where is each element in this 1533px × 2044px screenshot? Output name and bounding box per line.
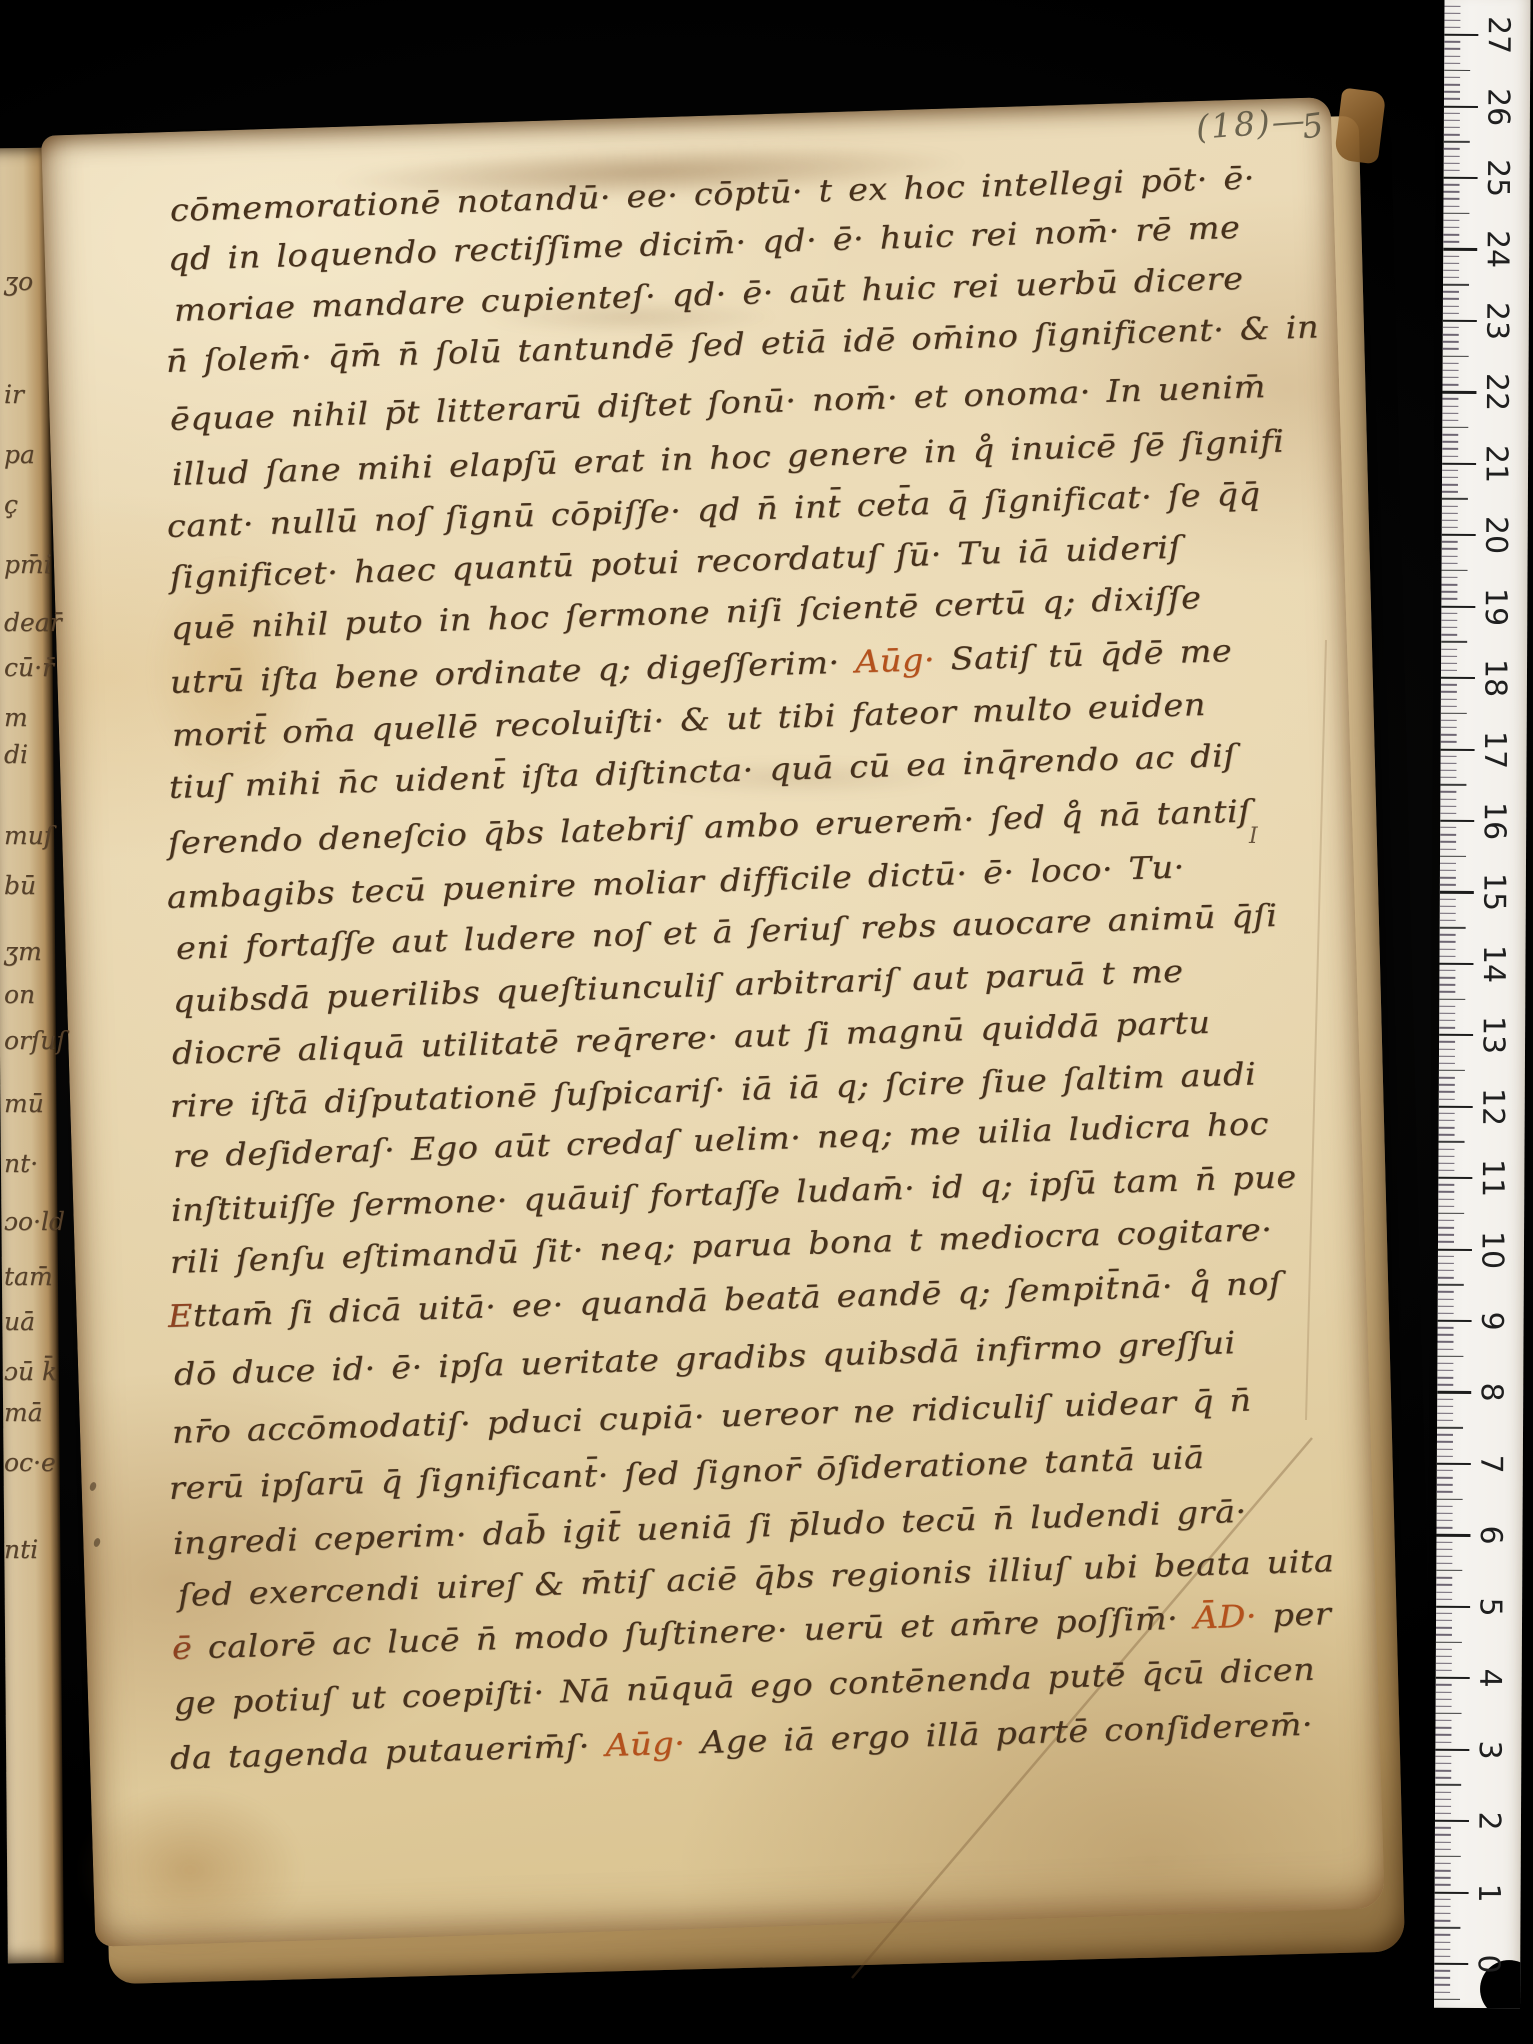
ruler-tick — [1439, 1120, 1455, 1121]
ruler-tick — [1439, 970, 1455, 971]
ruler-tick — [1436, 1591, 1452, 1592]
ruler-number: 14 — [1476, 945, 1511, 983]
ruler-tick — [1440, 834, 1456, 835]
ruler-tick — [1434, 1913, 1450, 1914]
ruler-tick — [1436, 1691, 1452, 1692]
ruler-number: 24 — [1480, 230, 1515, 268]
ruler-tick — [1441, 741, 1457, 742]
ruler-tick — [1441, 763, 1457, 764]
ruler-tick — [1437, 1341, 1453, 1342]
ruler-number: 25 — [1480, 159, 1515, 197]
ruler-tick — [1440, 820, 1474, 822]
ruler-tick — [1439, 984, 1455, 985]
ruler-number: 26 — [1480, 87, 1515, 125]
ruler-tick — [1443, 298, 1459, 299]
ruler-tick — [1441, 670, 1457, 671]
ruler-tick — [1441, 577, 1457, 578]
ruler-tick — [1441, 605, 1475, 607]
ruler-number: 10 — [1474, 1230, 1509, 1268]
ruler-tick — [1441, 655, 1457, 656]
facing-page-fragment: dear̄ — [4, 610, 62, 635]
ruler-tick — [1435, 1870, 1451, 1871]
ruler-tick — [1440, 777, 1456, 778]
ruler-tick — [1439, 1127, 1455, 1128]
facing-page-fragment: m — [4, 705, 28, 730]
ruler-tick — [1443, 363, 1459, 364]
ruler-tick — [1444, 113, 1460, 114]
ruler-tick — [1443, 334, 1459, 335]
ruler-tick — [1444, 134, 1460, 135]
ruler-tick — [1437, 1477, 1453, 1478]
ruler-tick — [1435, 1791, 1451, 1792]
ruler-tick — [1437, 1348, 1453, 1349]
ruler-tick — [1435, 1898, 1451, 1899]
ruler-tick — [1440, 891, 1474, 893]
ruler-tick — [1439, 977, 1455, 978]
ruler-number: 1 — [1471, 1883, 1506, 1902]
ruler-number: 8 — [1474, 1383, 1509, 1402]
ruler-tick — [1441, 627, 1457, 628]
ruler-number: 27 — [1481, 16, 1516, 54]
ruler-tick — [1443, 291, 1459, 292]
ruler-tick — [1436, 1663, 1452, 1664]
ruler-tick — [1443, 263, 1459, 264]
ruler-tick — [1440, 920, 1456, 921]
ruler-tick — [1439, 1077, 1455, 1078]
ruler-tick — [1441, 720, 1457, 721]
ruler-tick — [1437, 1456, 1453, 1457]
ruler-tick — [1435, 1734, 1451, 1735]
ruler-tick — [1437, 1434, 1453, 1435]
ruler-tick — [1442, 455, 1458, 456]
ruler-tick — [1437, 1498, 1463, 1500]
ruler-tick — [1435, 1806, 1451, 1807]
ruler-tick — [1439, 998, 1465, 1000]
ruler-tick — [1436, 1670, 1452, 1671]
ruler-tick — [1434, 1963, 1468, 1965]
ruler-tick — [1440, 805, 1456, 806]
facing-page-fragment: ɔo·ld — [4, 1209, 65, 1234]
ruler-tick — [1444, 105, 1478, 107]
ruler-tick — [1437, 1513, 1453, 1514]
ruler-tick — [1435, 1813, 1451, 1814]
ruler-tick — [1441, 584, 1457, 585]
ruler-tick — [1442, 448, 1458, 449]
ruler-tick — [1442, 405, 1458, 406]
ruler-tick — [1443, 241, 1459, 242]
ruler-tick — [1444, 70, 1470, 72]
ruler-tick — [1443, 227, 1459, 228]
ruler-number: 9 — [1474, 1311, 1509, 1330]
ruler-tick — [1435, 1727, 1451, 1728]
ruler-number: 0 — [1471, 1954, 1506, 1973]
ruler-tick — [1438, 1313, 1454, 1314]
ruler-tick — [1437, 1391, 1471, 1393]
ruler-tick — [1441, 713, 1467, 715]
ruler-tick — [1437, 1356, 1463, 1358]
ruler-tick — [1437, 1527, 1453, 1528]
ruler-number: 7 — [1473, 1454, 1508, 1473]
ruler-tick — [1435, 1756, 1451, 1757]
rubric-speaker-label: Aūg· — [855, 642, 936, 680]
facing-page-fragment: ir — [4, 382, 24, 407]
ruler-tick — [1443, 284, 1469, 286]
ruler-tick — [1435, 1884, 1451, 1885]
ruler-tick — [1440, 848, 1456, 849]
ruler-tick — [1443, 255, 1459, 256]
rubric-speaker-label: Aūg· — [605, 1726, 686, 1764]
ruler-tick — [1440, 948, 1456, 949]
ruler-tick — [1434, 1941, 1450, 1942]
ruler-tick — [1441, 648, 1457, 649]
ruler-tick — [1436, 1706, 1452, 1707]
ruler-tick — [1438, 1320, 1472, 1322]
ruler-tick — [1437, 1363, 1453, 1364]
ruler-number: 13 — [1475, 1016, 1510, 1054]
ruler-tick — [1443, 277, 1459, 278]
ruler-tick — [1443, 355, 1469, 357]
ruler-tick — [1442, 398, 1458, 399]
ruler-tick — [1440, 905, 1456, 906]
ruler-tick — [1437, 1427, 1463, 1429]
ruler-tick — [1437, 1463, 1471, 1465]
ruler-tick — [1434, 1991, 1450, 1992]
ruler-tick — [1440, 813, 1456, 814]
measurement-ruler: 0123456789101112131415161718192021222324… — [1434, 0, 1531, 2008]
ruler-tick — [1438, 1284, 1464, 1286]
ruler-tick — [1439, 1113, 1455, 1114]
ruler-tick — [1436, 1577, 1452, 1578]
ruler-tick — [1444, 163, 1460, 164]
ruler-tick — [1443, 320, 1477, 322]
ruler-tick — [1435, 1798, 1451, 1799]
ruler-tick — [1437, 1420, 1453, 1421]
ruler-tick — [1441, 727, 1457, 728]
ruler-tick — [1444, 141, 1470, 143]
ruler-tick — [1438, 1306, 1454, 1307]
ruler-tick — [1436, 1534, 1470, 1536]
ruler-tick — [1442, 570, 1468, 572]
ruler-tick — [1436, 1656, 1452, 1657]
ruler-tick — [1438, 1206, 1454, 1207]
ruler-tick — [1434, 1948, 1450, 1949]
ruler-tick — [1435, 1770, 1451, 1771]
facing-page-fragment: nti — [4, 1537, 38, 1562]
ruler-tick — [1441, 677, 1475, 679]
ruler-tick — [1440, 863, 1456, 864]
ruler-tick — [1439, 1041, 1455, 1042]
ruler-tick — [1435, 1741, 1451, 1742]
ruler-tick — [1442, 441, 1458, 442]
tinted-initial: ē — [171, 1630, 192, 1667]
ruler-tick — [1442, 420, 1458, 421]
ruler-tick — [1437, 1441, 1453, 1442]
ruler-tick — [1444, 191, 1460, 192]
ruler-tick — [1435, 1863, 1451, 1864]
ruler-tick — [1440, 913, 1456, 914]
manuscript-text: Satiſ tū q̄dē me — [935, 633, 1233, 678]
ruler-tick — [1442, 505, 1458, 506]
ruler-number: 19 — [1478, 588, 1513, 626]
facing-page-fragment: mū — [4, 1091, 44, 1116]
ruler-tick — [1443, 234, 1459, 235]
ruler-tick — [1441, 663, 1457, 664]
ruler-tick — [1444, 12, 1460, 13]
ruler-number: 6 — [1473, 1526, 1508, 1545]
ruler-tick — [1438, 1213, 1464, 1215]
ruler-tick — [1438, 1334, 1454, 1335]
ruler-tick — [1443, 270, 1459, 271]
ruler-tick — [1438, 1177, 1472, 1179]
ruler-tick — [1438, 1156, 1454, 1157]
ruler-tick — [1438, 1220, 1454, 1221]
ruler-tick — [1437, 1506, 1453, 1507]
ruler-tick — [1444, 41, 1460, 42]
ruler-tick — [1444, 77, 1460, 78]
ruler-tick — [1443, 205, 1459, 206]
ruler-tick — [1444, 55, 1460, 56]
ruler-tick — [1441, 734, 1457, 735]
ruler-tick — [1436, 1677, 1470, 1679]
ruler-tick — [1436, 1698, 1452, 1699]
facing-page-fragment: orſuſ — [4, 1028, 66, 1053]
ruler-tick — [1436, 1627, 1452, 1628]
ruler-number: 17 — [1477, 730, 1512, 768]
ruler-tick — [1438, 1298, 1454, 1299]
ruler-tick — [1437, 1384, 1453, 1385]
ruler-tick — [1439, 963, 1473, 965]
ruler-number: 20 — [1478, 516, 1513, 554]
ruler-tick — [1440, 898, 1456, 899]
ruler-tick — [1439, 1055, 1455, 1056]
ruler-tick — [1444, 177, 1478, 179]
ruler-tick — [1438, 1270, 1454, 1271]
ruler-tick — [1435, 1906, 1451, 1907]
ruler-tick — [1444, 91, 1460, 92]
ruler-tick — [1442, 513, 1458, 514]
ruler-tick — [1444, 170, 1460, 171]
ruler-tick — [1442, 470, 1458, 471]
ruler-tick — [1442, 427, 1468, 429]
facing-page-fragment: muſ — [4, 823, 53, 848]
ruler-tick — [1444, 27, 1460, 28]
ruler-tick — [1437, 1484, 1453, 1485]
ruler-number: 5 — [1473, 1597, 1508, 1616]
ruler-tick — [1444, 20, 1460, 21]
ruler-tick — [1444, 5, 1460, 6]
ruler-tick — [1434, 1956, 1450, 1957]
ruler-tick — [1442, 527, 1458, 528]
ruler-tick — [1435, 1763, 1451, 1764]
ruler-number: 4 — [1472, 1669, 1507, 1688]
ruler-tick — [1434, 1998, 1460, 2000]
ruler-tick — [1441, 598, 1457, 599]
ruler-tick — [1441, 613, 1457, 614]
facing-page-fragment: di — [4, 742, 28, 767]
ruler-tick — [1437, 1470, 1453, 1471]
ruler-tick — [1443, 213, 1469, 215]
ruler-tick — [1439, 1098, 1455, 1099]
ruler-tick — [1442, 384, 1458, 385]
ruler-number: 22 — [1479, 373, 1514, 411]
facing-page-fragment: pm̄i — [4, 552, 52, 577]
ruler-tick — [1439, 1134, 1455, 1135]
ruler-tick — [1441, 691, 1457, 692]
ruler-tick — [1444, 184, 1460, 185]
ruler-tick — [1441, 620, 1457, 621]
ruler-tick — [1438, 1191, 1454, 1192]
ruler-tick — [1435, 1877, 1451, 1878]
ruler-number: 12 — [1475, 1088, 1510, 1126]
ruler-tick — [1440, 927, 1466, 929]
ruler-tick — [1443, 327, 1459, 328]
ruler-tick — [1442, 413, 1458, 414]
manuscript-text: per — [1256, 1596, 1331, 1634]
ruler-tick — [1438, 1248, 1472, 1250]
ruler-tick — [1443, 348, 1459, 349]
ruler-number: 15 — [1476, 873, 1511, 911]
ruler-tick — [1443, 198, 1459, 199]
ruler-tick — [1439, 1005, 1455, 1006]
ruler-tick — [1440, 870, 1456, 871]
ruler-number: 23 — [1479, 302, 1514, 340]
ruler-tick — [1434, 1927, 1460, 1929]
ruler-number: 11 — [1475, 1159, 1510, 1197]
ruler-tick — [1439, 1027, 1455, 1028]
ruler-tick — [1437, 1370, 1453, 1371]
ruler-tick — [1443, 341, 1459, 342]
ruler-tick — [1435, 1848, 1451, 1849]
ruler-tick — [1439, 1063, 1455, 1064]
ruler-tick — [1442, 563, 1458, 564]
ruler-number: 3 — [1472, 1740, 1507, 1759]
ruler-tick — [1438, 1227, 1454, 1228]
ruler-tick — [1439, 1084, 1455, 1085]
facing-page-fragment: oc·e — [4, 1450, 56, 1475]
ruler-tick — [1442, 463, 1476, 465]
ruler-tick — [1438, 1234, 1454, 1235]
ruler-tick — [1440, 884, 1456, 885]
ruler-tick — [1435, 1891, 1469, 1893]
ruler-tick — [1435, 1777, 1451, 1778]
ruler-tick — [1438, 1256, 1454, 1257]
rubric-speaker-label: ĀD· — [1193, 1598, 1257, 1636]
ruler-tick — [1442, 534, 1476, 536]
ruler-tick — [1435, 1856, 1461, 1858]
ruler-tick — [1440, 877, 1456, 878]
foliation-note: (18)— — [1195, 100, 1308, 147]
ruler-tick — [1442, 477, 1458, 478]
ruler-tick — [1439, 1034, 1473, 1036]
ruler-tick — [1438, 1170, 1454, 1171]
ruler-tick — [1435, 1834, 1451, 1835]
ruler-tick — [1444, 127, 1460, 128]
ruler-tick — [1438, 1241, 1454, 1242]
ruler-tick — [1440, 934, 1456, 935]
ruler-tick — [1435, 1841, 1451, 1842]
ruler-number: 18 — [1477, 659, 1512, 697]
ruler-tick — [1441, 755, 1457, 756]
ruler-tick — [1443, 248, 1477, 250]
ruler-tick — [1437, 1413, 1453, 1414]
ruler-tick — [1442, 555, 1458, 556]
facing-page-fragment: ʒm — [4, 939, 42, 964]
ruler-tick — [1434, 1984, 1450, 1985]
facing-page-fragment: uā — [4, 1309, 35, 1334]
ruler-tick — [1436, 1606, 1470, 1608]
page-corner-fold — [1334, 88, 1386, 165]
ruler-tick — [1434, 1934, 1450, 1935]
ruler-tick — [1436, 1584, 1452, 1585]
ruler-tick — [1438, 1163, 1454, 1164]
ruler-tick — [1434, 1977, 1450, 1978]
ruler-tick — [1439, 1013, 1455, 1014]
ruler-tick — [1442, 520, 1458, 521]
ruler-tick — [1441, 698, 1457, 699]
ruler-tick — [1442, 391, 1476, 393]
ruler-tick — [1444, 155, 1460, 156]
ruler-tick — [1439, 1070, 1465, 1072]
ruler-tick — [1436, 1541, 1452, 1542]
facing-page-fragment: mā — [4, 1400, 43, 1425]
margin-mark: I — [1249, 824, 1258, 849]
ruler-tick — [1436, 1620, 1452, 1621]
ruler-tick — [1438, 1184, 1454, 1185]
facing-page-fragment: tam̄ — [4, 1264, 53, 1289]
ruler-tick — [1436, 1641, 1462, 1643]
ruler-tick — [1441, 641, 1467, 643]
ruler-tick — [1444, 98, 1460, 99]
ruler-tick — [1437, 1398, 1453, 1399]
facing-page-fragment: ç — [4, 492, 18, 517]
ruler-tick — [1436, 1648, 1452, 1649]
ruler-tick — [1437, 1520, 1453, 1521]
ruler-number: 2 — [1471, 1812, 1506, 1831]
ruler-tick — [1439, 1106, 1473, 1108]
facing-page-fragment: nt· — [4, 1151, 38, 1176]
ruler-tick — [1443, 313, 1459, 314]
ruler-tick — [1438, 1263, 1454, 1264]
ruler-tick — [1440, 855, 1466, 857]
ruler-tick — [1438, 1198, 1454, 1199]
ruler-tick — [1438, 1327, 1454, 1328]
ruler-tick — [1438, 1291, 1454, 1292]
ruler-tick — [1440, 827, 1456, 828]
facing-page-fragment: ʒo — [4, 269, 33, 294]
ruler-tick — [1440, 791, 1456, 792]
ruler-tick — [1444, 84, 1460, 85]
facing-page-fragment: pa — [4, 442, 35, 467]
ruler-tick — [1443, 220, 1459, 221]
ruler-tick — [1436, 1548, 1452, 1549]
ruler-tick — [1435, 1827, 1451, 1828]
ruler-number: 16 — [1477, 802, 1512, 840]
ruler-tick — [1442, 498, 1468, 500]
ruler-tick — [1436, 1598, 1452, 1599]
facing-page-fragment: bū — [4, 873, 36, 898]
facing-page-fragment: ɔū k̄ — [4, 1359, 57, 1384]
ruler-tick — [1444, 48, 1460, 49]
ruler-tick — [1437, 1491, 1453, 1492]
ruler-tick — [1441, 591, 1457, 592]
ruler-tick — [1440, 941, 1456, 942]
ruler-tick — [1435, 1784, 1461, 1786]
ruler-tick — [1434, 1920, 1450, 1921]
ruler-tick — [1435, 1820, 1469, 1822]
ruler-tick — [1436, 1563, 1452, 1564]
facing-page-fragment: on — [4, 982, 35, 1007]
ruler-tick — [1443, 370, 1459, 371]
